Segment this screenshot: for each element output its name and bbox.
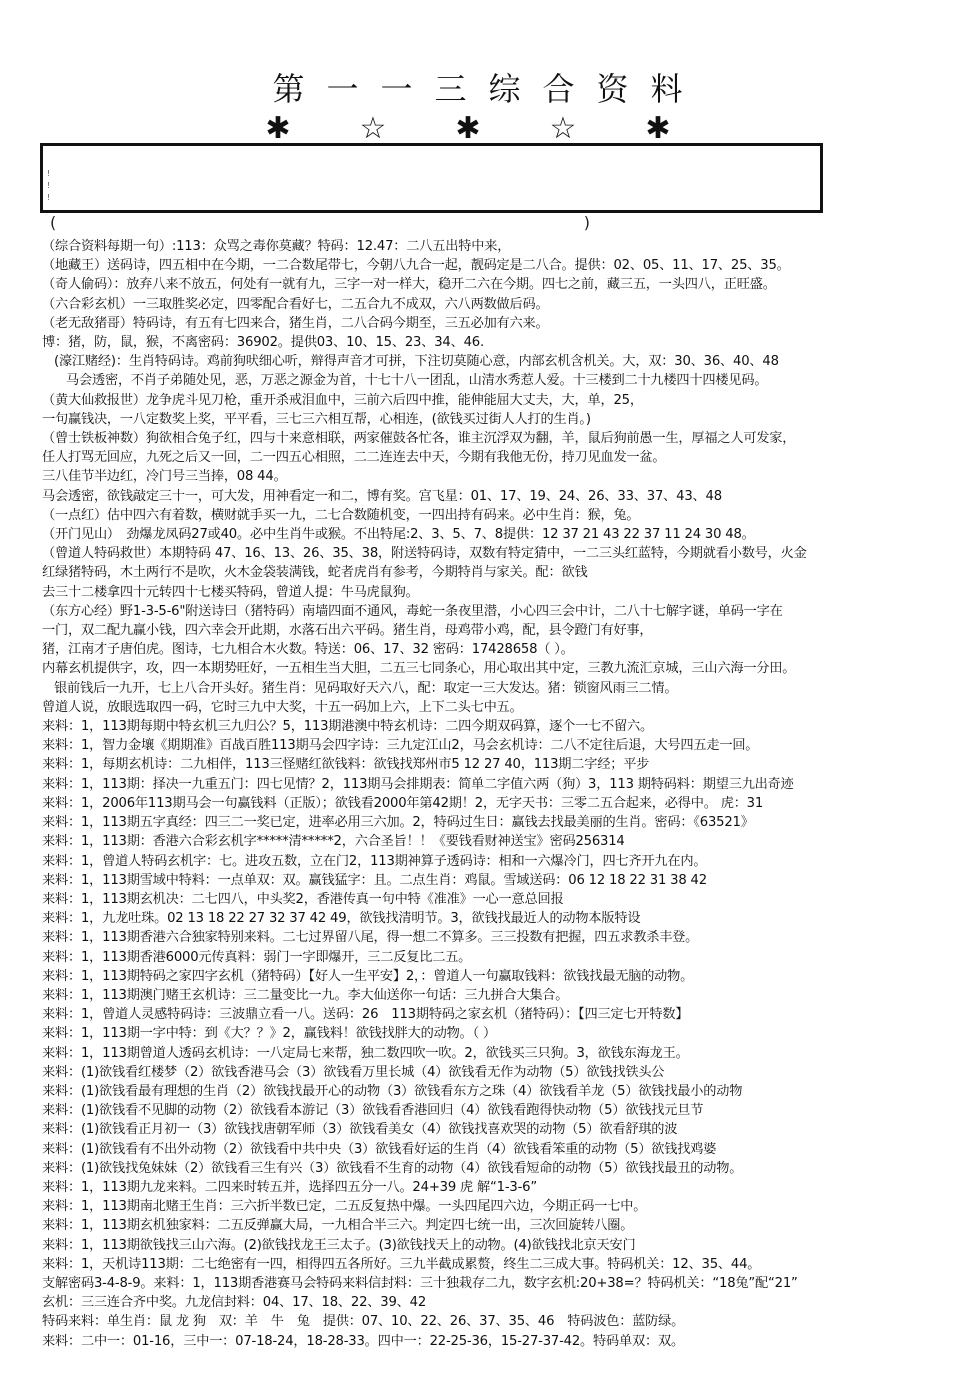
text-line: 马会透密，不肖子弟随处见，恶，万恶之源金为首，十七十八一团乱，山清水秀惹人爱。十… (42, 371, 942, 390)
text-line: （六合彩玄机）一三取胜奖必定，四零配合看好七，二五合九不成双，六八两数做后码。 (42, 295, 942, 314)
text-line: 银前钱后一九开，七上八合开头好。猪生肖：见码取好天六八，配：取定一三大发达。猪：… (42, 679, 942, 698)
text-line: （一点红）估中四六有着数，横财就手买一九，二七合数随机变，一四出持有码来。必中生… (42, 506, 942, 525)
text-line: （奇人偷码）：放弃八来不放五，何处有一就有九，三字一对一样大，稳开二六在今期。四… (42, 275, 942, 294)
document-body: （综合资料每期一句）:113：众骂之毒你莫藏？特码：12.47：二八五出特中来，… (42, 237, 942, 1351)
text-line: 来料：1，九龙吐珠。02 13 18 22 27 32 37 42 49，欲钱找… (42, 909, 942, 928)
text-line: 猪，江南才子唐伯虎。图诗，七九相合木火数。特送：06、17、32 密码：1742… (42, 640, 942, 659)
text-line: 来料：(1)欲钱找兔妹妹（2）欲钱看三生有兴（3）欲钱看不生育的动物（4）欲钱看… (42, 1159, 942, 1178)
blank-banner-box: ! ! ! (40, 143, 823, 213)
parenthesis-row: ( ) (50, 213, 590, 237)
text-line: 来料：1，113期：香港六合彩玄机字*****清*****2，六合圣旨！！《要钱… (42, 832, 942, 851)
text-line: 红绿猪特码，木土两行不是吹，火木金袋装满钱，蛇者虎肖有参考，今期特肖与家关。配：… (42, 563, 942, 582)
text-line: 来料：1，113期曾道人透码玄机诗：一八定局七来帮，独二数四吹一吹。2，欲钱买三… (42, 1044, 942, 1063)
text-line: 来料：1，113期欲钱找三山六海。(2)欲钱找龙王三太子。(3)欲钱找天上的动物… (42, 1236, 942, 1255)
text-line: 特码来料：单生肖：鼠 龙 狗 双：羊 牛 兔 提供：07、10、22、26、37… (42, 1312, 942, 1331)
text-line: 来料：(1)欲钱看最有理想的生肖（2）欲钱找最开心的动物（3）欲钱看东方之珠（4… (42, 1082, 942, 1101)
text-line: 一句赢钱决，一八定数奖上奖，平平看，三七三六相互帮，心相连，(欲钱买过街人人打的… (42, 410, 942, 429)
text-line: （老无敌猪哥）特码诗，有五有七四来合，猪生肖，二八合码今期至，三五必加有六来。 (42, 314, 942, 333)
text-line: 支解密码3-4-8-9。来料：1，113期香港赛马会特码来料信封料：三十独栽存二… (42, 1274, 942, 1293)
text-line: 来料：1，113期五字真经：四三二一奖已定，进率必用三六加。2，特码过生日：赢钱… (42, 813, 942, 832)
text-line: （曾士铁板神数）狗欲相合兔子红，四与十来意相联，两家催鼓各忙各，谁主沉浮双为翻，… (42, 429, 942, 448)
text-line: 任人打骂无回应，九死之后又一回，二一四五心相照，二二连连去中天，今期有我他无份，… (42, 448, 942, 467)
text-line: 来料：1，曾道人特码玄机字：七。进攻五数，立在门2，113期神算子透码诗：相和一… (42, 852, 942, 871)
text-line: 来料：1，113期香港六合独家特别来料。二七过界留八尾，得一想二不算多。三三投数… (42, 928, 942, 947)
text-line: 来料：1，113期九龙来料。二四来时转五并，选择四五分一八。24+39 虎 解“… (42, 1178, 942, 1197)
text-line: 来料：(1)欲钱看不见脚的动物（2）欲钱看本游记（3）欲钱看香港回归（4）欲钱看… (42, 1101, 942, 1120)
text-line: 来料：1，113期玄机决：二七四八，中头奖2，香港传真一句中特《准准》一心一意总… (42, 890, 942, 909)
text-line: 来料：1，113期南北赌王生肖：三六折半数已定，二五反复热中爆。一头四尾四六边，… (42, 1197, 942, 1216)
text-line: 三八佳节半边红，冷门号三当捧，08 44。 (42, 467, 942, 486)
text-line: (濠江赌经)：生肖特码诗。鸡前狗吠细心听，辩得声音才可拼，下注切莫随心意，内部玄… (42, 352, 942, 371)
text-line: 来料：(1)欲钱看红楼梦（2）欲钱香港马会（3）欲钱看万里长城（4）欲钱看无作为… (42, 1063, 942, 1082)
page-title: 第一一三综合资料 (0, 64, 963, 110)
text-line: 来料：1，113期一字中特：到《大？？》2，赢钱料！欲钱找胖大的动物。（ ） (42, 1024, 942, 1043)
text-line: 来料：1，113期香港6000元传真料：弱门一字即爆开，三二反复比二五。 (42, 948, 942, 967)
text-line: （地藏王）送码诗，四五相中在今期，一二合数尾带七，今朝八九合一起，靓码定是二八合… (42, 256, 942, 275)
text-line: 来料：1，智力金壤《期期准》百战百胜113期马会四字诗：三九定江山2，马会玄机诗… (42, 736, 942, 755)
text-line: 一门，双二配九赢小钱，四六幸会开此期，水落石出六平码。猪生肖，母鸡带小鸡，配，县… (42, 621, 942, 640)
text-line: （综合资料每期一句）:113：众骂之毒你莫藏？特码：12.47：二八五出特中来， (42, 237, 942, 256)
text-line: 内幕玄机提供字，攻，四一本期势旺好，一五相生当大胆，二五三七同条心，用心取出其中… (42, 659, 942, 678)
left-paren: ( (50, 213, 56, 232)
text-line: （黄大仙救报世）龙争虎斗见刀枪，重开杀戒泪血中，三前六后四中推，能伸能屈大丈夫，… (42, 391, 942, 410)
text-line: 来料：1，每期玄机诗：二九相伴，113三怪赌红欲钱料：欲钱找郑州市5 12 27… (42, 755, 942, 774)
text-line: 来料：1，113期雪域中特料：一点单双：双。赢钱猛字：且。二点生肖：鸡鼠。雪域送… (42, 871, 942, 890)
text-line: 来料：1，113期：择决一九重五门：四七见情？2，113期马会排期表：简单二字值… (42, 775, 942, 794)
text-line: 来料：1，2006年113期马会一句赢钱料（正版）；欲钱看2000年第42期！2… (42, 794, 942, 813)
text-line: 马会透密，欲钱敲定三十一，可大发，用神看定一和二，博有奖。宫飞星：01、17、1… (42, 487, 942, 506)
right-paren: ) (584, 213, 590, 232)
text-line: 去三十二楼拿四十元转四十七楼买特码，曾道人提：牛马虎鼠狗。 (42, 583, 942, 602)
text-line: 博：猪，防，鼠，猴，不离密码：36902。提供03、10、15、23、34、46… (42, 333, 942, 352)
text-line: 来料：二中一：01-16，三中一：07-18-24，18-28-33。四中一：2… (42, 1332, 942, 1351)
box-mark: ! (47, 168, 50, 180)
text-line: 玄机：三三连合齐中奖。九龙信封料：04、17、18、22、39、42 (42, 1293, 942, 1312)
text-line: 来料：(1)欲钱看正月初一（3）欲钱找唐朝军师（3）欲钱看美女（4）欲钱找喜欢哭… (42, 1120, 942, 1139)
text-line: 来料：1，曾道人灵感特码诗：三波鼎立看一八。送码：26 113期特码之家玄机（猪… (42, 1005, 942, 1024)
text-line: 来料：1，天机诗113期：二七绝密有一四，相得四五各所好。三九半截成累赘，终生二… (42, 1255, 942, 1274)
text-line: 来料：1，113期特码之家四字玄机（猪特码）【好人一生平安】2，：曾道人一句赢取… (42, 967, 942, 986)
text-line: 来料：1，113期每期中特玄机三九归公？5，113期港澳中特玄机诗：二四今期双码… (42, 717, 942, 736)
text-line: （开门见山） 劲爆龙凤码27或40。必中生肖牛或猴。不出特尾:2、3、5、7、8… (42, 525, 942, 544)
text-line: 来料：1，113期澳门赌王玄机诗：三二量变比一九。李大仙送你一句话：三九拼合大集… (42, 986, 942, 1005)
box-marks: ! ! ! (47, 168, 50, 204)
box-mark: ! (47, 180, 50, 192)
text-line: （曾道人特码救世）本期特码 47、16、13、26、35、38，附送特码诗，双数… (42, 544, 942, 563)
text-line: 来料：1，113期玄机独家料：二五反弹赢大局，一九相合半三六。判定四七统一出，三… (42, 1216, 942, 1235)
box-mark: ! (47, 192, 50, 204)
text-line: （东方心经）野1-3-5-6"附送诗曰（猪特码）南墙四面不通风，毒蛇一条夜里潜，… (42, 602, 942, 621)
text-line: 来料：(1)欲钱看有不出外动物（2）欲钱看中共中央（3）欲钱看好运的生肖（4）欲… (42, 1140, 942, 1159)
text-line: 曾道人说，放眼选取四一码，它时三九中大奖，十五一码加上六，上下二头七中五。 (42, 698, 942, 717)
